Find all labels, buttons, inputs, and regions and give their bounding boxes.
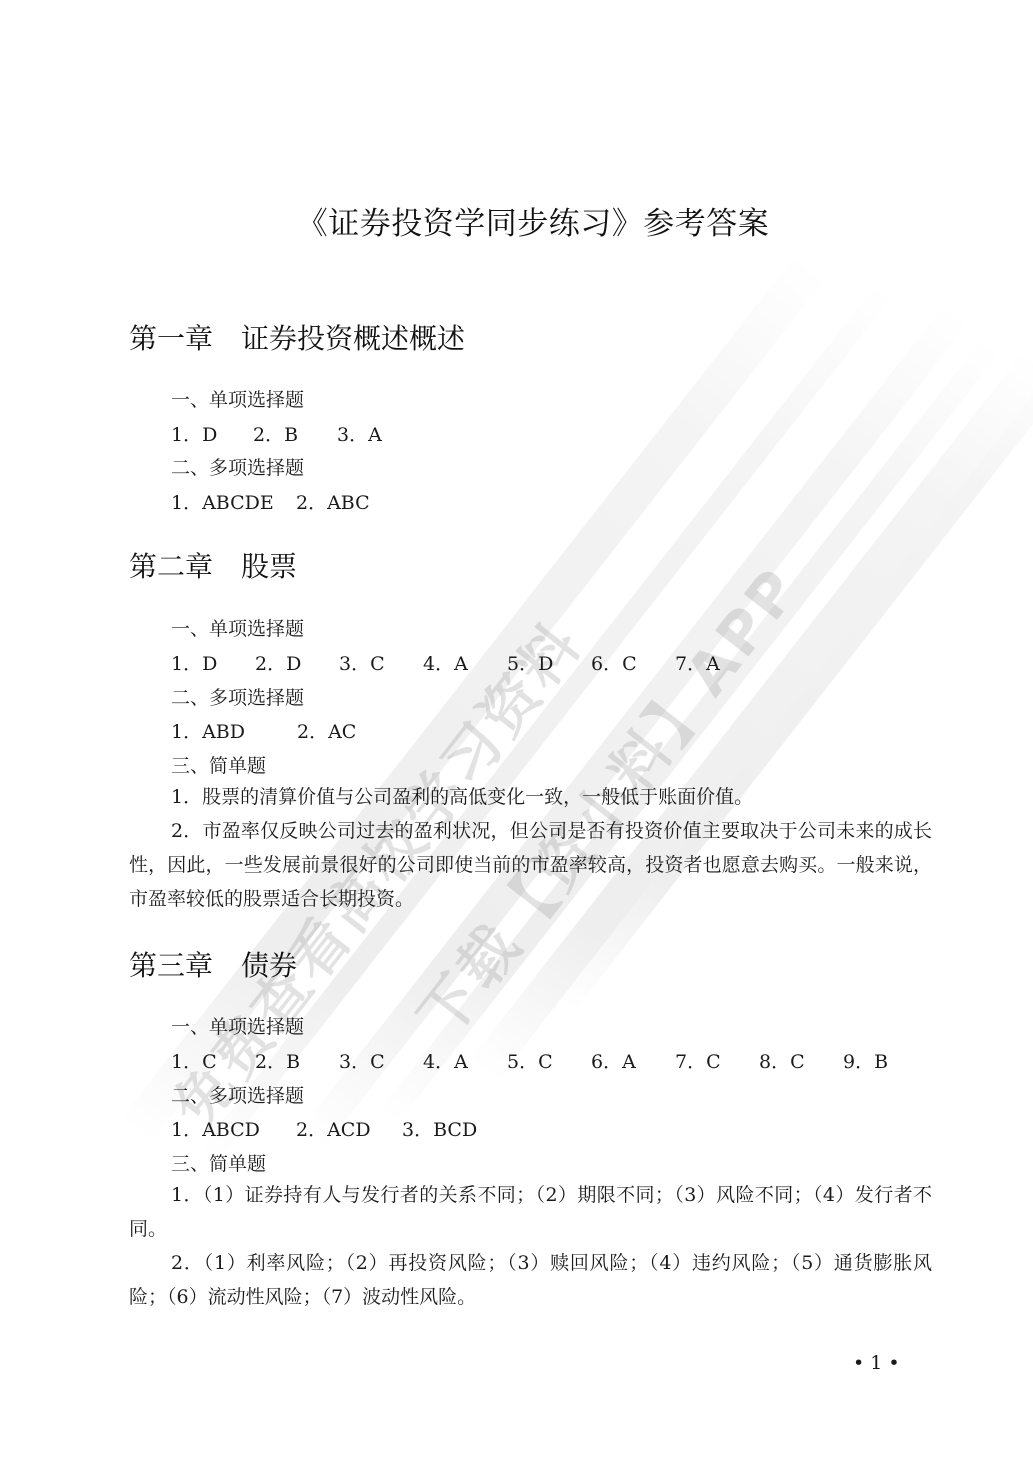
answer: 7．A xyxy=(675,649,720,676)
answer: 9．B xyxy=(843,1047,888,1074)
chapter-3-short-answer-1: 1．（1）证券持有人与发行者的关系不同；（2）期限不同；（3）风险不同；（4）发… xyxy=(129,1178,932,1246)
answer: 2．D xyxy=(255,649,339,676)
answer: 3．C xyxy=(339,1047,423,1074)
answer: 2．ABC xyxy=(296,488,370,515)
chapter-1-single-choice-answers: 1．D 2．B 3．A xyxy=(171,420,382,447)
answer: 8．C xyxy=(759,1047,843,1074)
chapter-2-section-short-answer: 三、简单题 xyxy=(171,751,266,778)
answer: 1．ABCD xyxy=(171,1115,296,1142)
answer: 1．ABD xyxy=(171,717,297,744)
answer: 1．ABCDE xyxy=(171,488,296,515)
chapter-2-section-single-choice: 一、单项选择题 xyxy=(171,614,304,641)
page-number: • 1 • xyxy=(853,1352,900,1374)
chapter-3-section-multi-choice: 二、多项选择题 xyxy=(171,1081,304,1108)
answer: 3．A xyxy=(337,420,382,447)
answer: 1．D xyxy=(171,649,255,676)
answer: 7．C xyxy=(675,1047,759,1074)
answer: 6．A xyxy=(591,1047,675,1074)
chapter-3-section-short-answer: 三、简单题 xyxy=(171,1149,266,1176)
chapter-1-multi-choice-answers: 1．ABCDE 2．ABC xyxy=(171,488,370,515)
answer: 2．ACD xyxy=(296,1115,402,1142)
chapter-1-section-multi-choice: 二、多项选择题 xyxy=(171,453,304,480)
answer: 2．AC xyxy=(297,717,356,744)
document-title: 《证券投资学同步练习》参考答案 xyxy=(0,198,1033,243)
chapter-3-single-choice-answers: 1．C 2．B 3．C 4．A 5．C 6．A 7．C 8．C 9．B xyxy=(171,1047,888,1074)
chapter-3-short-answer-2: 2．（1）利率风险；（2）再投资风险；（3）赎回风险；（4）违约风险；（5）通货… xyxy=(129,1246,932,1314)
answer: 3．BCD xyxy=(402,1115,477,1142)
chapter-2-heading: 第二章 股票 xyxy=(129,545,297,585)
answer: 6．C xyxy=(591,649,675,676)
chapter-2-section-multi-choice: 二、多项选择题 xyxy=(171,683,304,710)
answer: 5．D xyxy=(507,649,591,676)
chapter-3-multi-choice-answers: 1．ABCD 2．ACD 3．BCD xyxy=(171,1115,477,1142)
chapter-2-single-choice-answers: 1．D 2．D 3．C 4．A 5．D 6．C 7．A xyxy=(171,649,720,676)
answer: 1．D xyxy=(171,420,253,447)
answer: 1．C xyxy=(171,1047,255,1074)
chapter-2-short-answer-2: 2．市盈率仅反映公司过去的盈利状况，但公司是否有投资价值主要取决于公司未来的成长… xyxy=(129,814,932,916)
chapter-1-heading: 第一章 证券投资概述概述 xyxy=(129,317,465,357)
answer: 4．A xyxy=(423,649,507,676)
chapter-2-short-answer-1: 1．股票的清算价值与公司盈利的高低变化一致，一般低于账面价值。 xyxy=(129,780,932,814)
chapter-3-section-single-choice: 一、单项选择题 xyxy=(171,1012,304,1039)
chapter-1-section-single-choice: 一、单项选择题 xyxy=(171,385,304,412)
answer: 2．B xyxy=(255,1047,339,1074)
chapter-3-heading: 第三章 债券 xyxy=(129,944,297,984)
answer: 3．C xyxy=(339,649,423,676)
answer: 5．C xyxy=(507,1047,591,1074)
answer: 2．B xyxy=(253,420,337,447)
answer: 4．A xyxy=(423,1047,507,1074)
chapter-2-multi-choice-answers: 1．ABD 2．AC xyxy=(171,717,356,744)
